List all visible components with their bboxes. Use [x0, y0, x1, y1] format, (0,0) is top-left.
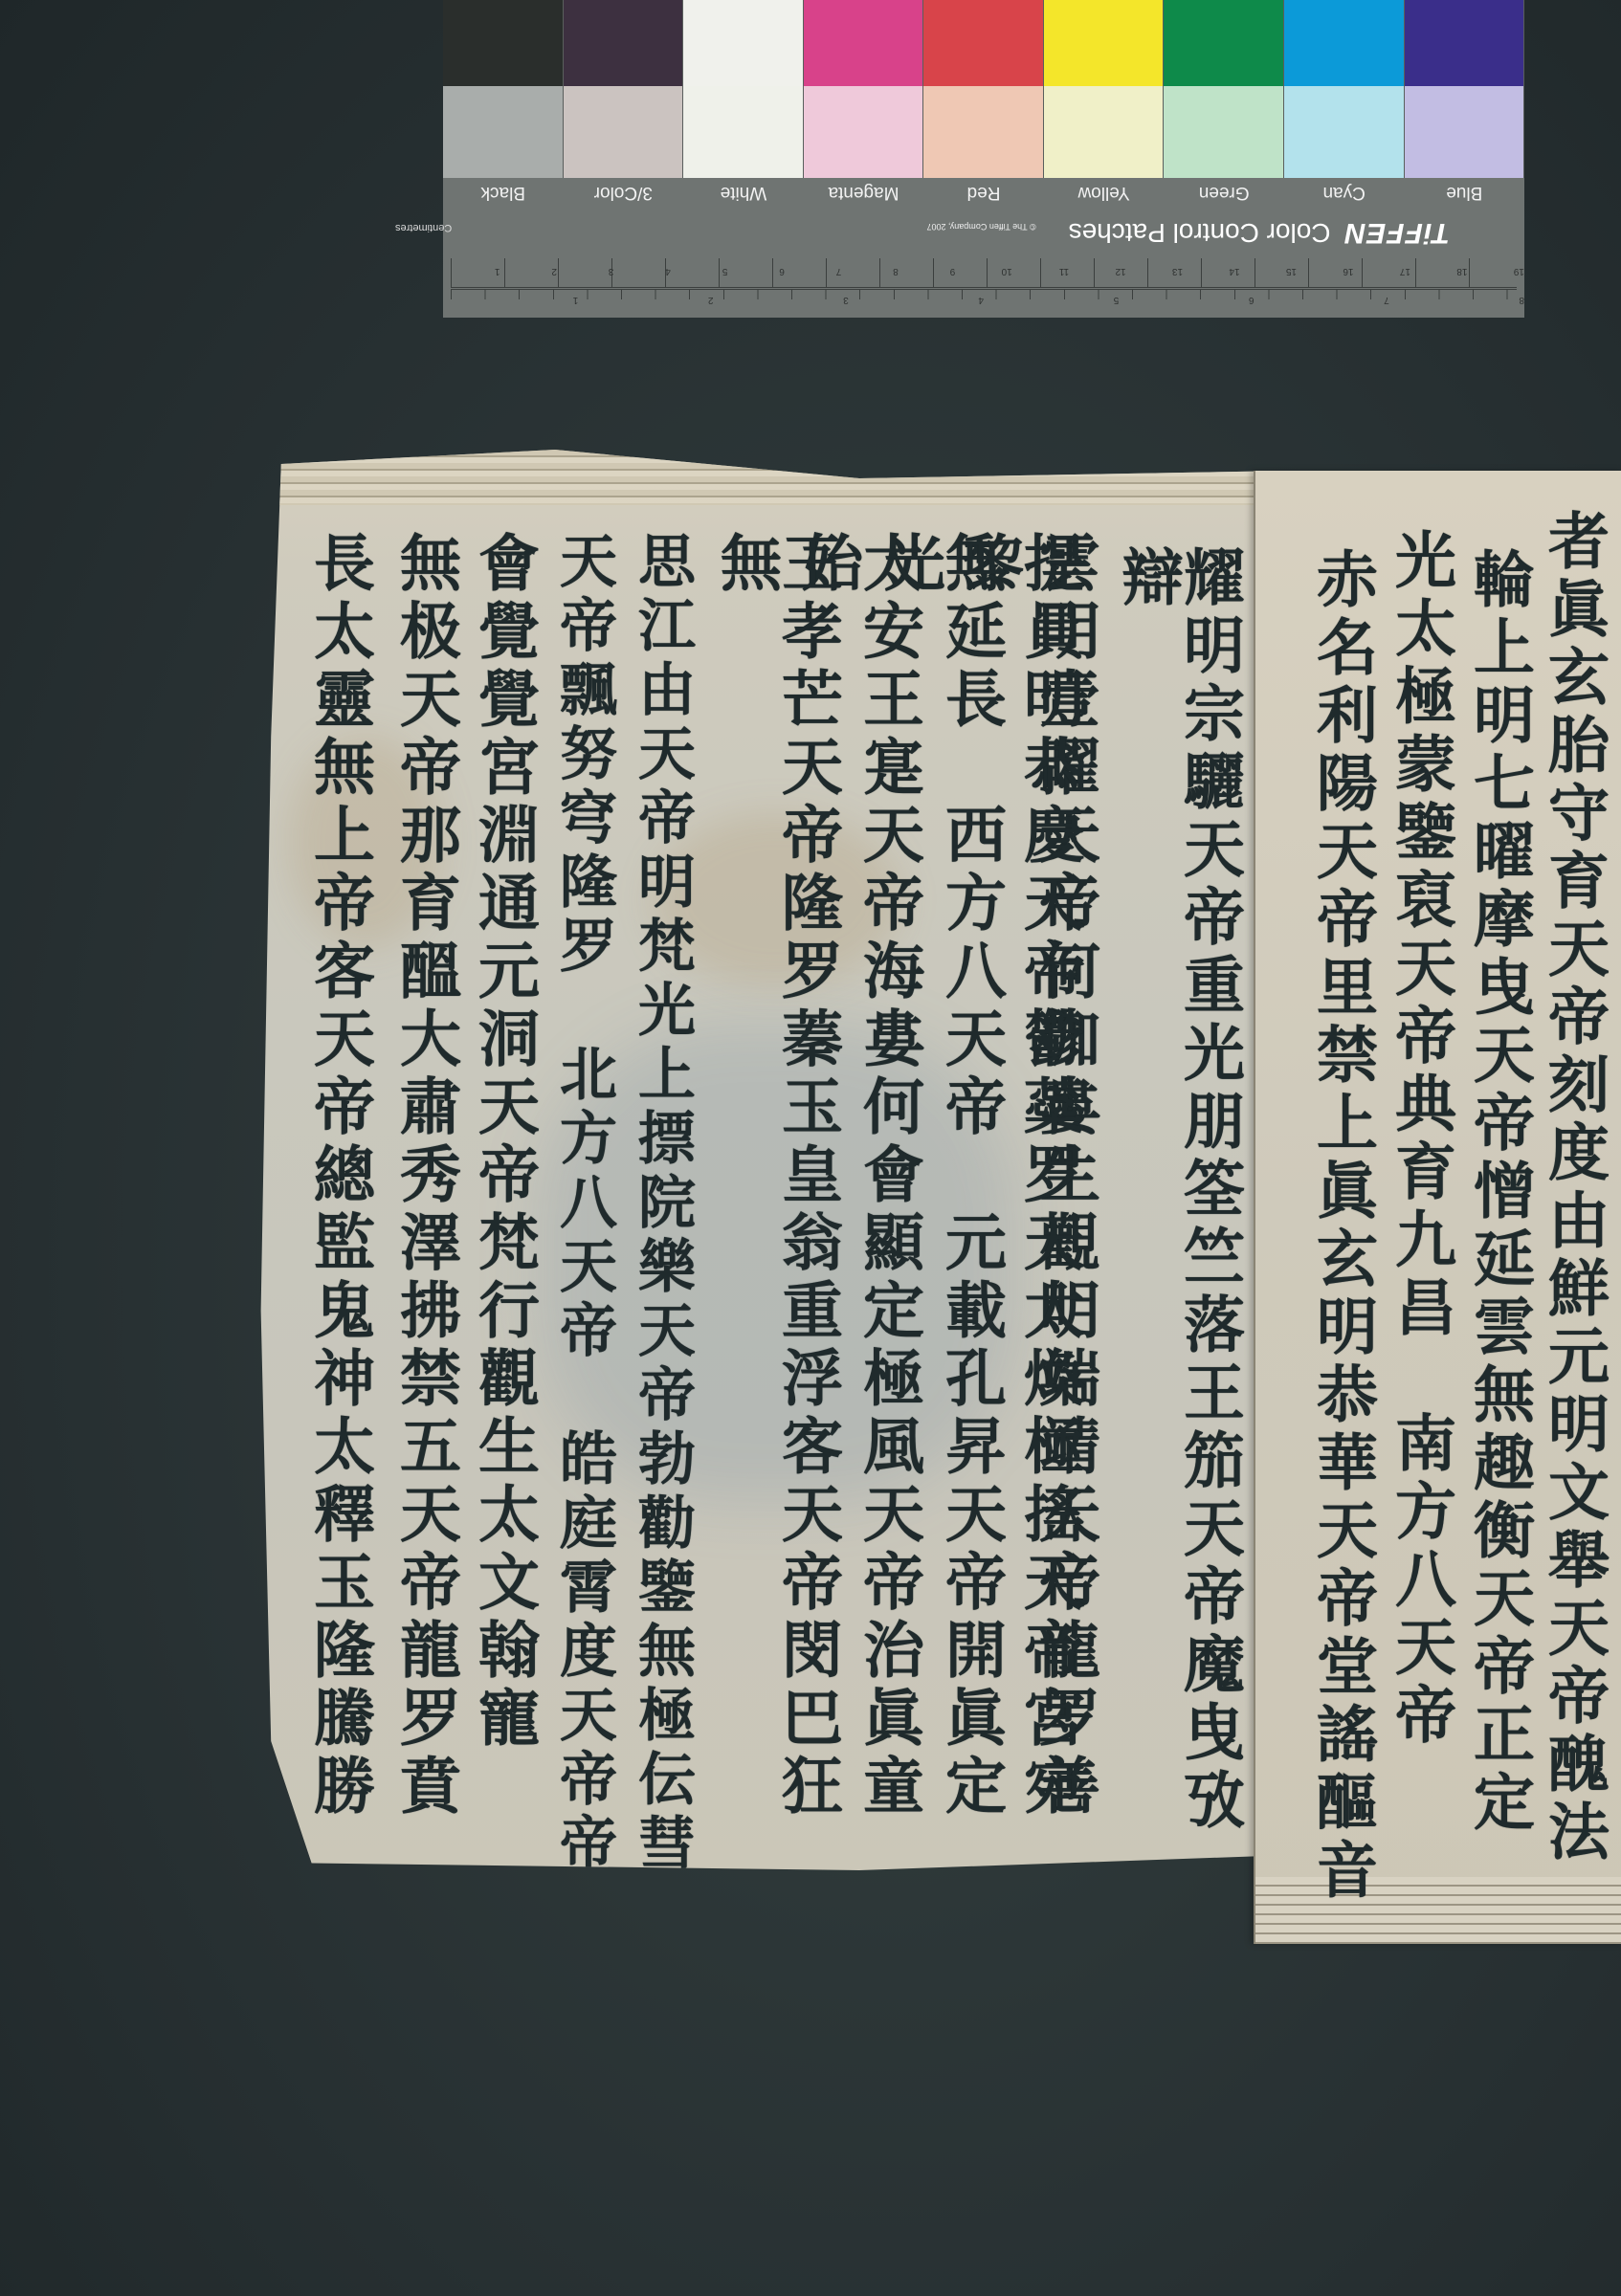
tint-patch-3-color — [564, 86, 684, 178]
inch-tick: 1 — [443, 295, 578, 305]
patch-label: Red — [923, 178, 1044, 207]
patch-label: Magenta — [804, 178, 924, 207]
cm-tick: 10 — [955, 266, 1011, 276]
cm-tick: 2 — [500, 266, 556, 276]
cm-tick: 1 — [443, 266, 500, 276]
color-calibration-chart: Black3/ColorWhiteMagentaRedYellowGreenCy… — [443, 0, 1524, 318]
cm-tick: 7 — [785, 266, 841, 276]
inch-tick: 7 — [1255, 295, 1389, 305]
saturated-patch-row — [443, 0, 1524, 86]
color-patch-blue — [1405, 0, 1525, 86]
tint-patch-yellow — [1044, 86, 1165, 178]
inch-tick: 2 — [578, 295, 713, 305]
inch-tick: 4 — [849, 295, 984, 305]
color-patch-white — [683, 0, 804, 86]
cm-tick: 14 — [1183, 266, 1239, 276]
text-column: 王孝芒天帝隆罗蓁玉皇翁重浮客天帝閔巴狂無 — [715, 531, 837, 1885]
cm-tick: 3 — [557, 266, 613, 276]
cm-tick: 12 — [1069, 266, 1125, 276]
cm-tick-labels: 12345678910111213141516171819 — [443, 266, 1524, 276]
color-patch-black — [443, 0, 564, 86]
cm-tick: 18 — [1410, 266, 1467, 276]
patch-label: Blue — [1405, 178, 1525, 207]
text-column: 長太靈無上帝客天帝總監鬼神太釋玉隆騰勝 — [308, 531, 369, 1821]
tint-patch-cyan — [1284, 86, 1405, 178]
cm-tick: 4 — [613, 266, 670, 276]
cm-tick: 16 — [1297, 266, 1353, 276]
color-patch-cyan — [1284, 0, 1405, 86]
color-patch-green — [1164, 0, 1284, 86]
tint-patch-black — [443, 86, 564, 178]
text-column: 思江由天帝明梵光上摽院樂天帝勃勸鑒無極伝彗 — [633, 531, 691, 1877]
text-column: 天帝飄努穹隆罗 北方八天帝 皓庭霄度天帝帝 — [555, 531, 612, 1877]
manuscript-right-page: 者眞玄胎守育天帝刻度由鮮元明文舉天帝醜法輪上明七曜摩曳天帝憎延雲無趣衡天帝正定光… — [1254, 471, 1621, 1944]
cm-tick: 6 — [727, 266, 784, 276]
manuscript-book: 耀明宗驪天帝重光朋筌竺落王笳天帝魔曳攷辯雲明壹曜天帝何伽婁生觀明端靖天帝龍罗善提… — [251, 450, 1621, 1913]
text-column: 輪上明七曜摩曳天帝憎延雲無趣衡天帝正定 — [1468, 547, 1529, 1838]
tint-patch-red — [923, 86, 1044, 178]
patch-label: Black — [443, 178, 564, 207]
centimetres-label: Centimetres — [395, 222, 452, 233]
tint-patch-white — [683, 86, 804, 178]
patch-label: 3/Color — [564, 178, 684, 207]
cm-tick: 8 — [841, 266, 898, 276]
tint-patch-magenta — [804, 86, 924, 178]
tint-patch-green — [1164, 86, 1284, 178]
text-column: 光太極蒙鑒裒天帝典育九昌 南方八天帝 — [1389, 528, 1451, 1751]
inch-tick: 8 — [1389, 295, 1524, 305]
tint-patch-blue — [1405, 86, 1525, 178]
chart-title: Color Control Patches — [1069, 217, 1331, 248]
cm-tick: 11 — [1012, 266, 1069, 276]
inch-tick: 3 — [714, 295, 849, 305]
color-patch-3-color — [564, 0, 684, 86]
text-column: 會覺覺宮淵通元洞天帝梵行觀生太文翰寵 — [473, 531, 534, 1754]
tint-patch-row — [443, 86, 1524, 178]
text-column: 者眞玄胎守育天帝刻度由鮮元明文舉天帝醜法 — [1543, 509, 1604, 1867]
cm-tick: 19 — [1467, 266, 1523, 276]
cm-tick: 17 — [1354, 266, 1410, 276]
patch-label: Yellow — [1044, 178, 1165, 207]
cm-tick: 15 — [1240, 266, 1297, 276]
patch-label: White — [683, 178, 804, 207]
cm-tick: 5 — [671, 266, 727, 276]
chart-branding: TiFFEN Color Control Patches © The Tiffe… — [443, 212, 1524, 253]
inch-tick-labels: 12345678 — [443, 295, 1524, 305]
inch-tick: 6 — [1119, 295, 1254, 305]
page-stack-edge — [251, 450, 1265, 505]
color-patch-red — [923, 0, 1044, 86]
color-patch-magenta — [804, 0, 924, 86]
text-column: 耀明宗驪天帝重光朋筌竺落王笳天帝魔曳攷辯 — [1117, 545, 1239, 1885]
patch-labels: Black3/ColorWhiteMagentaRedYellowGreenCy… — [443, 178, 1524, 207]
text-column: 無极天帝那育醞大肅秀澤拂禁五天帝龍罗賁 — [394, 531, 455, 1821]
text-column: 赤名利陽天帝里禁上眞玄明恭華天帝堂謠醧音 — [1311, 547, 1372, 1906]
color-patch-yellow — [1044, 0, 1165, 86]
cm-tick: 13 — [1126, 266, 1183, 276]
chart-copyright: © The Tiffen Company, 2007 — [926, 222, 1035, 232]
manuscript-left-page: 耀明宗驪天帝重光朋筌竺落王笳天帝魔曳攷辯雲明壹曜天帝何伽婁生觀明端靖天帝龍罗善提… — [251, 450, 1265, 1885]
patch-label: Cyan — [1284, 178, 1405, 207]
cm-tick: 9 — [899, 266, 955, 276]
patch-label: Green — [1164, 178, 1284, 207]
tiffen-logo: TiFFEN — [1344, 216, 1450, 249]
inch-tick: 5 — [984, 295, 1119, 305]
